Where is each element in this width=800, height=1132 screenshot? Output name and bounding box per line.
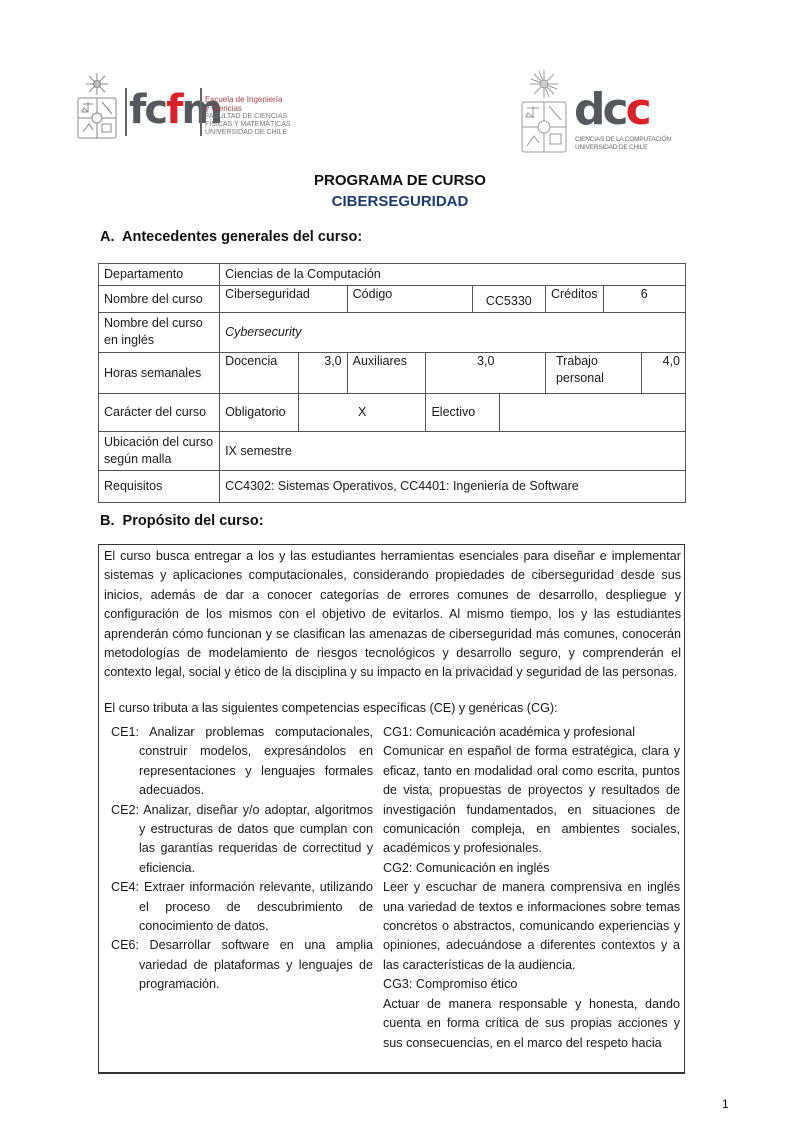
label-codigo: Código bbox=[347, 286, 472, 313]
generic-competencies: CG1: Comunicación académica y profesiona… bbox=[383, 723, 680, 1053]
competencies-intro: El curso tributa a las siguientes compet… bbox=[104, 699, 681, 718]
university-crest-icon bbox=[75, 72, 119, 142]
label-auxiliares: Auxiliares bbox=[347, 353, 426, 394]
label-horas: Horas semanales bbox=[99, 353, 220, 394]
row-requisitos: Requisitos CC4302: Sistemas Operativos, … bbox=[99, 471, 686, 503]
fcfm-logo: fcfm Escuela de Ingeniería y Ciencias FA… bbox=[75, 72, 305, 142]
dcc-tagline: CIENCIAS DE LA COMPUTACIÓN UNIVERSIDAD D… bbox=[575, 136, 671, 151]
purpose-box: El curso busca entregar a los y las estu… bbox=[98, 544, 685, 1074]
label-ubicacion: Ubicación del curso según malla bbox=[99, 432, 220, 471]
mark-obligatorio: X bbox=[298, 394, 426, 432]
dcc-wordmark: dcc bbox=[574, 88, 649, 132]
value-docencia: 3,0 bbox=[298, 353, 347, 394]
label-creditos: Créditos bbox=[545, 286, 603, 313]
value-codigo: CC5330 bbox=[472, 286, 545, 313]
label-caracter: Carácter del curso bbox=[99, 394, 220, 432]
row-caracter: Carácter del curso Obligatorio X Electiv… bbox=[99, 394, 686, 432]
label-electivo: Electivo bbox=[426, 394, 500, 432]
section-b-heading: B. Propósito del curso: bbox=[100, 513, 264, 529]
value-ubicacion: IX semestre bbox=[220, 432, 686, 471]
purpose-intro: El curso busca entregar a los y las estu… bbox=[104, 547, 681, 683]
value-departamento: Ciencias de la Computación bbox=[220, 264, 686, 286]
competency-cg2-desc: Leer y escuchar de manera comprensiva en… bbox=[383, 878, 680, 975]
page-number: 1 bbox=[722, 1097, 729, 1111]
competency-ce1: CE1: Analizar problemas computacionales,… bbox=[111, 723, 373, 801]
course-title: CIBERSEGURIDAD bbox=[0, 193, 800, 210]
value-auxiliares: 3,0 bbox=[426, 353, 546, 394]
competency-ce6: CE6: Desarrollar software en una amplia … bbox=[111, 936, 373, 994]
fcfm-tagline: Escuela de Ingeniería y Ciencias FACULTA… bbox=[205, 95, 291, 137]
row-nombre-ingles: Nombre del curso en inglés Cybersecurity bbox=[99, 313, 686, 353]
competency-ce2: CE2: Analizar, diseñar y/o adoptar, algo… bbox=[111, 801, 373, 879]
label-docencia: Docencia bbox=[220, 353, 299, 394]
label-requisitos: Requisitos bbox=[99, 471, 220, 503]
competency-cg1-desc: Comunicar en español de forma estratégic… bbox=[383, 742, 680, 858]
value-requisitos: CC4302: Sistemas Operativos, CC4401: Ing… bbox=[220, 471, 686, 503]
competency-cg1-title: CG1: Comunicación académica y profesiona… bbox=[383, 723, 680, 742]
competency-cg3-title: CG3: Compromiso ético bbox=[383, 975, 680, 994]
general-info-table: Departamento Ciencias de la Computación … bbox=[98, 263, 686, 503]
label-trabajo: Trabajo personal bbox=[545, 353, 641, 394]
competency-cg2-title: CG2: Comunicación en inglés bbox=[383, 859, 680, 878]
document-title: PROGRAMA DE CURSO bbox=[0, 172, 800, 189]
value-nombre-ingles: Cybersecurity bbox=[220, 313, 686, 353]
value-creditos: 6 bbox=[603, 286, 685, 313]
row-nombre: Nombre del curso Ciberseguridad Código C… bbox=[99, 286, 686, 313]
label-nombre-ingles: Nombre del curso en inglés bbox=[99, 313, 220, 353]
mark-electivo bbox=[500, 394, 686, 432]
competency-ce4: CE4: Extraer información relevante, util… bbox=[111, 878, 373, 936]
label-obligatorio: Obligatorio bbox=[220, 394, 299, 432]
row-ubicacion: Ubicación del curso según malla IX semes… bbox=[99, 432, 686, 471]
dcc-logo: dcc CIENCIAS DE LA COMPUTACIÓN UNIVERSID… bbox=[518, 68, 688, 158]
specific-competencies: CE1: Analizar problemas computacionales,… bbox=[111, 723, 373, 995]
label-nombre: Nombre del curso bbox=[99, 286, 220, 313]
value-nombre: Ciberseguridad bbox=[220, 286, 348, 313]
label-departamento: Departamento bbox=[99, 264, 220, 286]
section-a-heading: A. Antecedentes generales del curso: bbox=[100, 229, 362, 245]
value-trabajo: 4,0 bbox=[642, 353, 686, 394]
row-horas: Horas semanales Docencia 3,0 Auxiliares … bbox=[99, 353, 686, 394]
row-departamento: Departamento Ciencias de la Computación bbox=[99, 264, 686, 286]
competency-cg3-desc: Actuar de manera responsable y honesta, … bbox=[383, 995, 680, 1053]
university-crest-icon bbox=[518, 68, 568, 158]
